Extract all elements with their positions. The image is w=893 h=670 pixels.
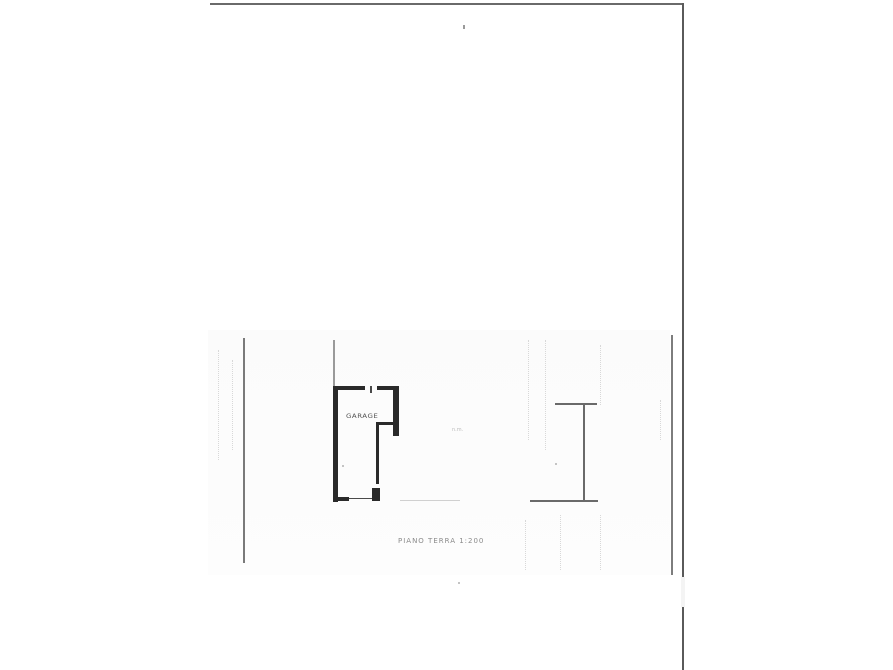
area-label: n.m. [452, 427, 463, 433]
frame-right-line [682, 3, 684, 670]
site-boundary-bottom [530, 500, 598, 502]
scan-speck [342, 465, 344, 467]
faint-neighbor-outline [218, 350, 219, 460]
site-boundary-faint [400, 500, 460, 501]
garage-door-opening [349, 498, 372, 499]
center-tick-mark [463, 25, 465, 29]
site-boundary-right [583, 403, 585, 502]
floor-plan-sheet: GARAGE n.m. PIANO TERRA 1:200 [0, 0, 893, 670]
garage-wall-east-lower [376, 422, 379, 484]
faint-neighbor-outline [528, 340, 529, 440]
garage-wall-east-upper [393, 386, 399, 436]
plan-caption: PIANO TERRA 1:200 [398, 537, 484, 545]
faint-neighbor-outline [560, 515, 561, 570]
faint-neighbor-outline [600, 345, 601, 405]
frame-top-line [210, 3, 683, 5]
frame-right-gap [681, 577, 685, 607]
garage-wall-south-left [333, 497, 349, 501]
garage-wall-west [333, 386, 338, 502]
plan-right-boundary [671, 335, 673, 575]
site-wall-segment [333, 340, 335, 390]
plan-left-boundary [243, 338, 245, 563]
garage-wall-step [376, 422, 396, 425]
site-boundary-top [555, 403, 597, 405]
faint-neighbor-outline [232, 360, 233, 450]
room-label-garage: GARAGE [346, 412, 378, 419]
garage-door-jamb [370, 386, 372, 393]
faint-neighbor-outline [525, 520, 526, 570]
faint-neighbor-outline [545, 340, 546, 450]
faint-neighbor-outline [600, 515, 601, 570]
faint-neighbor-outline [660, 400, 661, 440]
garage-wall-north-left [333, 386, 365, 390]
scan-speck [555, 463, 557, 465]
scan-speck [458, 582, 460, 584]
garage-wall-south-pier [372, 488, 380, 501]
